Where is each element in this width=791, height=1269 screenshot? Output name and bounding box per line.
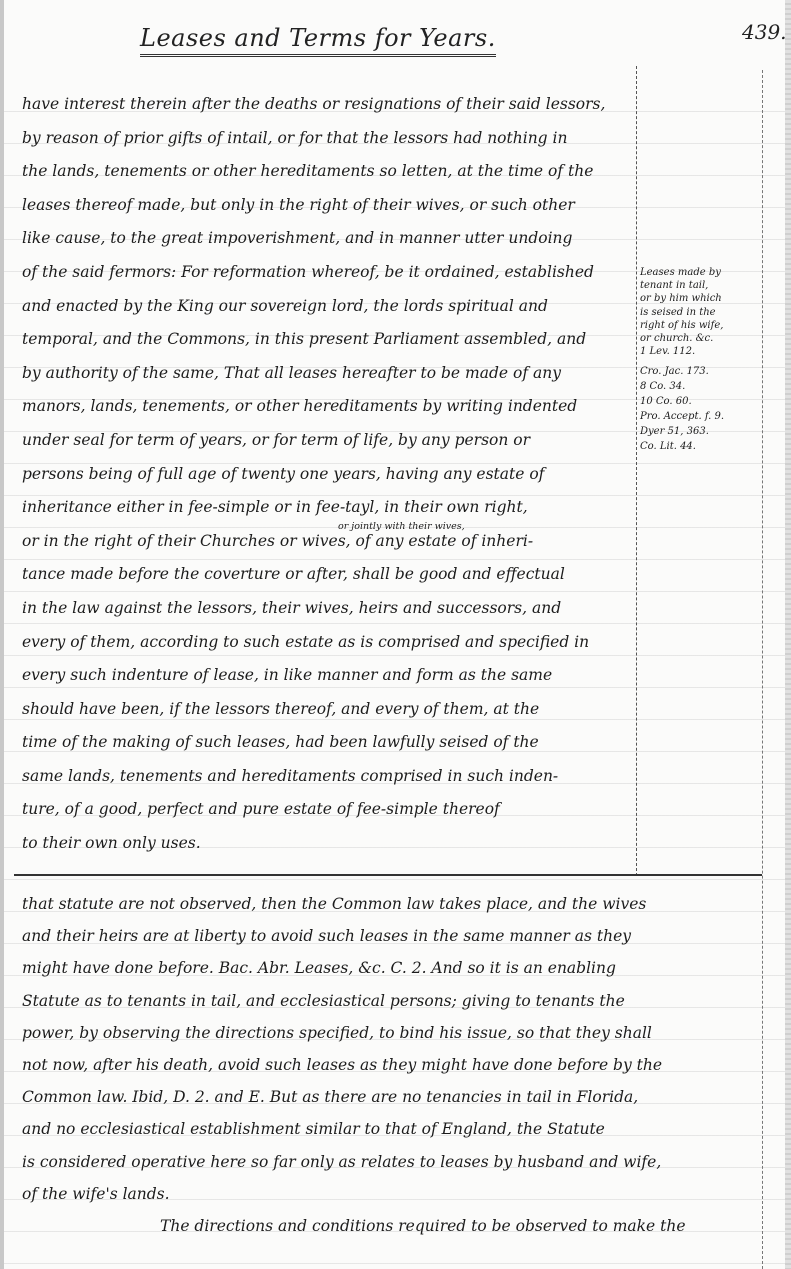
text-line: under seal for term of years, or for ter… bbox=[22, 424, 634, 458]
text-line: of the wife's lands. bbox=[22, 1178, 762, 1210]
margin-citation: 10 Co. 60. bbox=[640, 394, 762, 409]
text-line: might have done before. Bac. Abr. Leases… bbox=[22, 952, 762, 984]
text-line: Statute as to tenants in tail, and eccle… bbox=[22, 985, 762, 1017]
text-line: same lands, tenements and hereditaments … bbox=[22, 760, 634, 794]
margin-note-line: 1 Lev. 112. bbox=[640, 345, 762, 358]
text-line: every such indenture of lease, in like m… bbox=[22, 659, 634, 693]
text-line: power, by observing the directions speci… bbox=[22, 1017, 762, 1049]
margin-citation: 8 Co. 34. bbox=[640, 379, 762, 394]
text-line: persons being of full age of twenty one … bbox=[22, 458, 634, 492]
text-line: of the said fermors: For reformation whe… bbox=[22, 256, 634, 290]
section-divider bbox=[14, 874, 762, 876]
lower-text-block: that statute are not observed, then the … bbox=[22, 888, 762, 1242]
main-text-block: have interest therein after the deaths o… bbox=[22, 88, 634, 861]
text-line: in the law against the lessors, their wi… bbox=[22, 592, 634, 626]
text-line: and their heirs are at liberty to avoid … bbox=[22, 920, 762, 952]
text-line: and no ecclesiastical establishment simi… bbox=[22, 1113, 762, 1145]
margin-citations: Cro. Jac. 173. 8 Co. 34. 10 Co. 60. Pro.… bbox=[640, 364, 762, 454]
text-line: should have been, if the lessors thereof… bbox=[22, 693, 634, 727]
margin-citation: Co. Lit. 44. bbox=[640, 439, 762, 454]
interlinear-insertion: or jointly with their wives, bbox=[338, 521, 465, 532]
text-line: not now, after his death, avoid such lea… bbox=[22, 1049, 762, 1081]
text-line: ture, of a good, perfect and pure estate… bbox=[22, 793, 634, 827]
margin-note-line: is seised in the bbox=[640, 306, 762, 319]
margin-note-line: or church. &c. bbox=[640, 332, 762, 345]
margin-note-line: right of his wife, bbox=[640, 319, 762, 332]
text-line: or in the right of their Churches or wiv… bbox=[22, 525, 634, 559]
text-line: time of the making of such leases, had b… bbox=[22, 726, 634, 760]
text-line: by reason of prior gifts of intail, or f… bbox=[22, 122, 634, 156]
text-line: manors, lands, tenements, or other hered… bbox=[22, 390, 634, 424]
text-line: like cause, to the great impoverishment,… bbox=[22, 222, 634, 256]
margin-note-line: or by him which bbox=[640, 292, 762, 305]
text-line: Common law. Ibid, D. 2. and E. But as th… bbox=[22, 1081, 762, 1113]
text-line: leases thereof made, but only in the rig… bbox=[22, 189, 634, 223]
margin-citation: Pro. Accept. f. 9. bbox=[640, 409, 762, 424]
margin-notes: Leases made by tenant in tail, or by him… bbox=[640, 266, 762, 454]
text-line: that statute are not observed, then the … bbox=[22, 888, 762, 920]
text-line: inheritance either in fee-simple or in f… bbox=[22, 491, 634, 525]
margin-note-line: Leases made by bbox=[640, 266, 762, 279]
paragraph-start-line: The directions and conditions required t… bbox=[22, 1210, 762, 1242]
text-line: every of them, according to such estate … bbox=[22, 626, 634, 660]
text-line: is considered operative here so far only… bbox=[22, 1146, 762, 1178]
text-line: by authority of the same, That all lease… bbox=[22, 357, 634, 391]
text-line: tance made before the coverture or after… bbox=[22, 558, 634, 592]
text-line: have interest therein after the deaths o… bbox=[22, 88, 634, 122]
text-line: and enacted by the King our sovereign lo… bbox=[22, 290, 634, 324]
margin-column-rule-left bbox=[636, 66, 638, 876]
margin-column-rule-right bbox=[762, 70, 764, 1269]
margin-note-line: tenant in tail, bbox=[640, 279, 762, 292]
page-number: 439. bbox=[742, 20, 787, 44]
page-right-edge bbox=[785, 0, 791, 1269]
text-line: to their own only uses. bbox=[22, 827, 634, 861]
text-line: the lands, tenements or other hereditame… bbox=[22, 155, 634, 189]
margin-citation: Dyer 51, 363. bbox=[640, 424, 762, 439]
page-title: Leases and Terms for Years. bbox=[140, 24, 496, 57]
margin-citation: Cro. Jac. 173. bbox=[640, 364, 762, 379]
text-line: temporal, and the Commons, in this prese… bbox=[22, 323, 634, 357]
